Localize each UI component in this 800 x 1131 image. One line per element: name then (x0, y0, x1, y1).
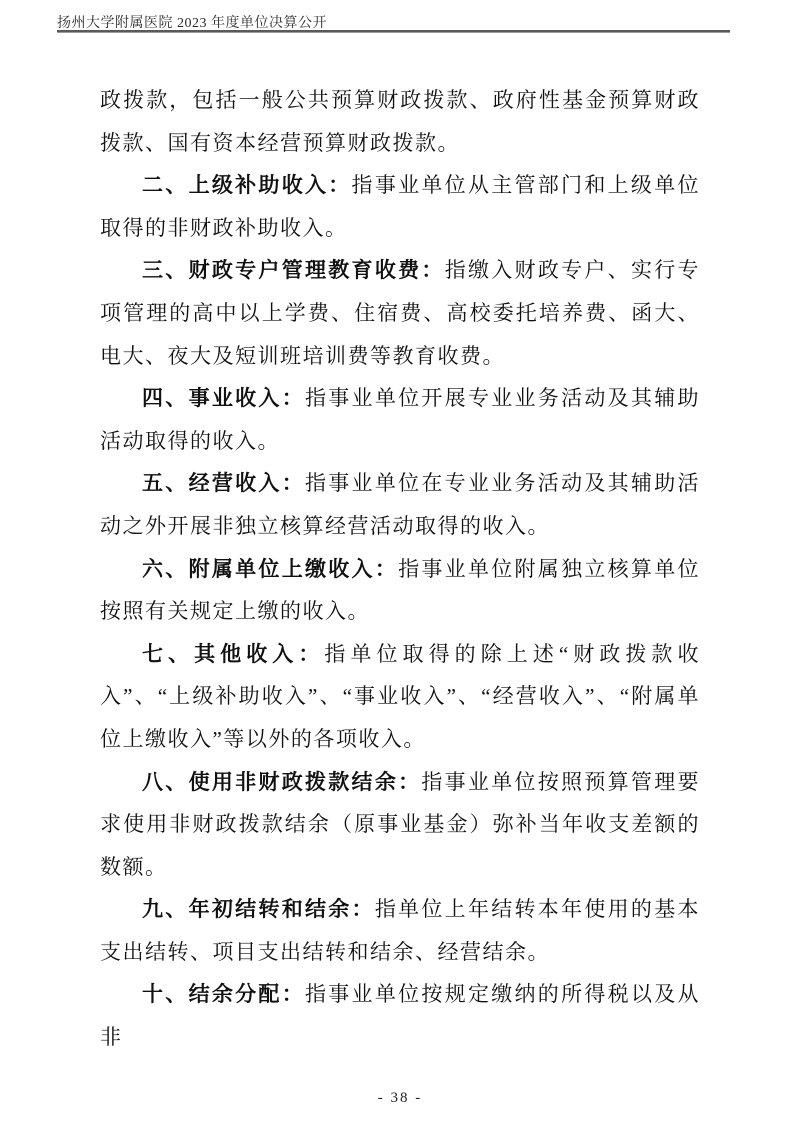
paragraph: 五、经营收入：指事业单位在专业业务活动及其辅助活动之外开展非独立核算经营活动取得… (100, 462, 700, 547)
paragraph: 四、事业收入：指事业单位开展专业业务活动及其辅助活动取得的收入。 (100, 377, 700, 462)
paragraph-lead: 六、附属单位上缴收入： (142, 557, 398, 581)
paragraph-lead: 七、其他收入： (142, 642, 324, 666)
paragraph: 七、其他收入：指单位取得的除上述“财政拨款收入”、“上级补助收入”、“事业收入”… (100, 633, 700, 761)
paragraph: 九、年初结转和结余：指单位上年结转本年使用的基本支出结转、项目支出结转和结余、经… (100, 888, 700, 973)
paragraph-lead: 十、结余分配： (142, 982, 305, 1006)
paragraph: 政拨款，包括一般公共预算财政拨款、政府性基金预算财政拨款、国有资本经营预算财政拨… (100, 79, 700, 164)
page-footer: - 38 - (0, 1090, 800, 1107)
document-body: 政拨款，包括一般公共预算财政拨款、政府性基金预算财政拨款、国有资本经营预算财政拨… (100, 79, 700, 1059)
page-number: - 38 - (378, 1090, 423, 1106)
paragraph-lead: 三、财政专户管理教育收费： (142, 258, 445, 282)
paragraph: 三、财政专户管理教育收费：指缴入财政专户、实行专项管理的高中以上学费、住宿费、高… (100, 249, 700, 377)
paragraph: 十、结余分配：指事业单位按规定缴纳的所得税以及从非 (100, 973, 700, 1058)
paragraph-lead: 五、经营收入： (142, 471, 305, 495)
paragraph-lead: 二、上级补助收入： (142, 173, 352, 197)
paragraph: 二、上级补助收入：指事业单位从主管部门和上级单位取得的非财政补助收入。 (100, 164, 700, 249)
paragraph-lead: 八、使用非财政拨款结余： (142, 770, 421, 794)
header-rule (57, 30, 730, 33)
page-header: 扬州大学附属医院 2023 年度单位决算公开 (57, 12, 730, 32)
paragraph-lead: 四、事业收入： (142, 386, 305, 410)
paragraph: 八、使用非财政拨款结余：指事业单位按照预算管理要求使用非财政拨款结余（原事业基金… (100, 761, 700, 889)
paragraph: 六、附属单位上缴收入：指事业单位附属独立核算单位按照有关规定上缴的收入。 (100, 548, 700, 633)
paragraph-lead: 九、年初结转和结余： (142, 897, 375, 921)
document-page: 扬州大学附属医院 2023 年度单位决算公开 政拨款，包括一般公共预算财政拨款、… (0, 0, 800, 1131)
paragraph-text: 政拨款，包括一般公共预算财政拨款、政府性基金预算财政拨款、国有资本经营预算财政拨… (100, 88, 700, 155)
header-title: 扬州大学附属医院 2023 年度单位决算公开 (57, 16, 327, 31)
